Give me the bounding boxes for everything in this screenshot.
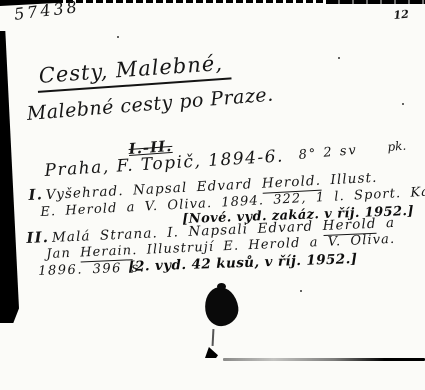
entry-1-text-post: Illust. [321, 170, 378, 189]
card-bottom-edge-line [223, 358, 425, 361]
entry-2-numeral: II. [26, 228, 52, 247]
scan-top-edge-dotted [56, 0, 326, 3]
entry-1-numeral: I. [28, 185, 46, 204]
scan-speck [402, 103, 404, 105]
scan-speck [300, 290, 302, 292]
entry-2-coauthor-underlined: Herain [80, 243, 133, 262]
scanned-catalog-card: 57438 12 Cesty, Malebné, Malebné cesty p… [0, 0, 425, 390]
scan-top-edge-right [326, 0, 425, 4]
punch-hole-nub [217, 283, 226, 290]
scan-speck [338, 57, 340, 59]
scan-speck [117, 36, 119, 38]
page-number: 12 [393, 8, 409, 22]
binding-note: pk. [387, 139, 407, 154]
entry-2-line2-pre: Jan [46, 246, 80, 262]
